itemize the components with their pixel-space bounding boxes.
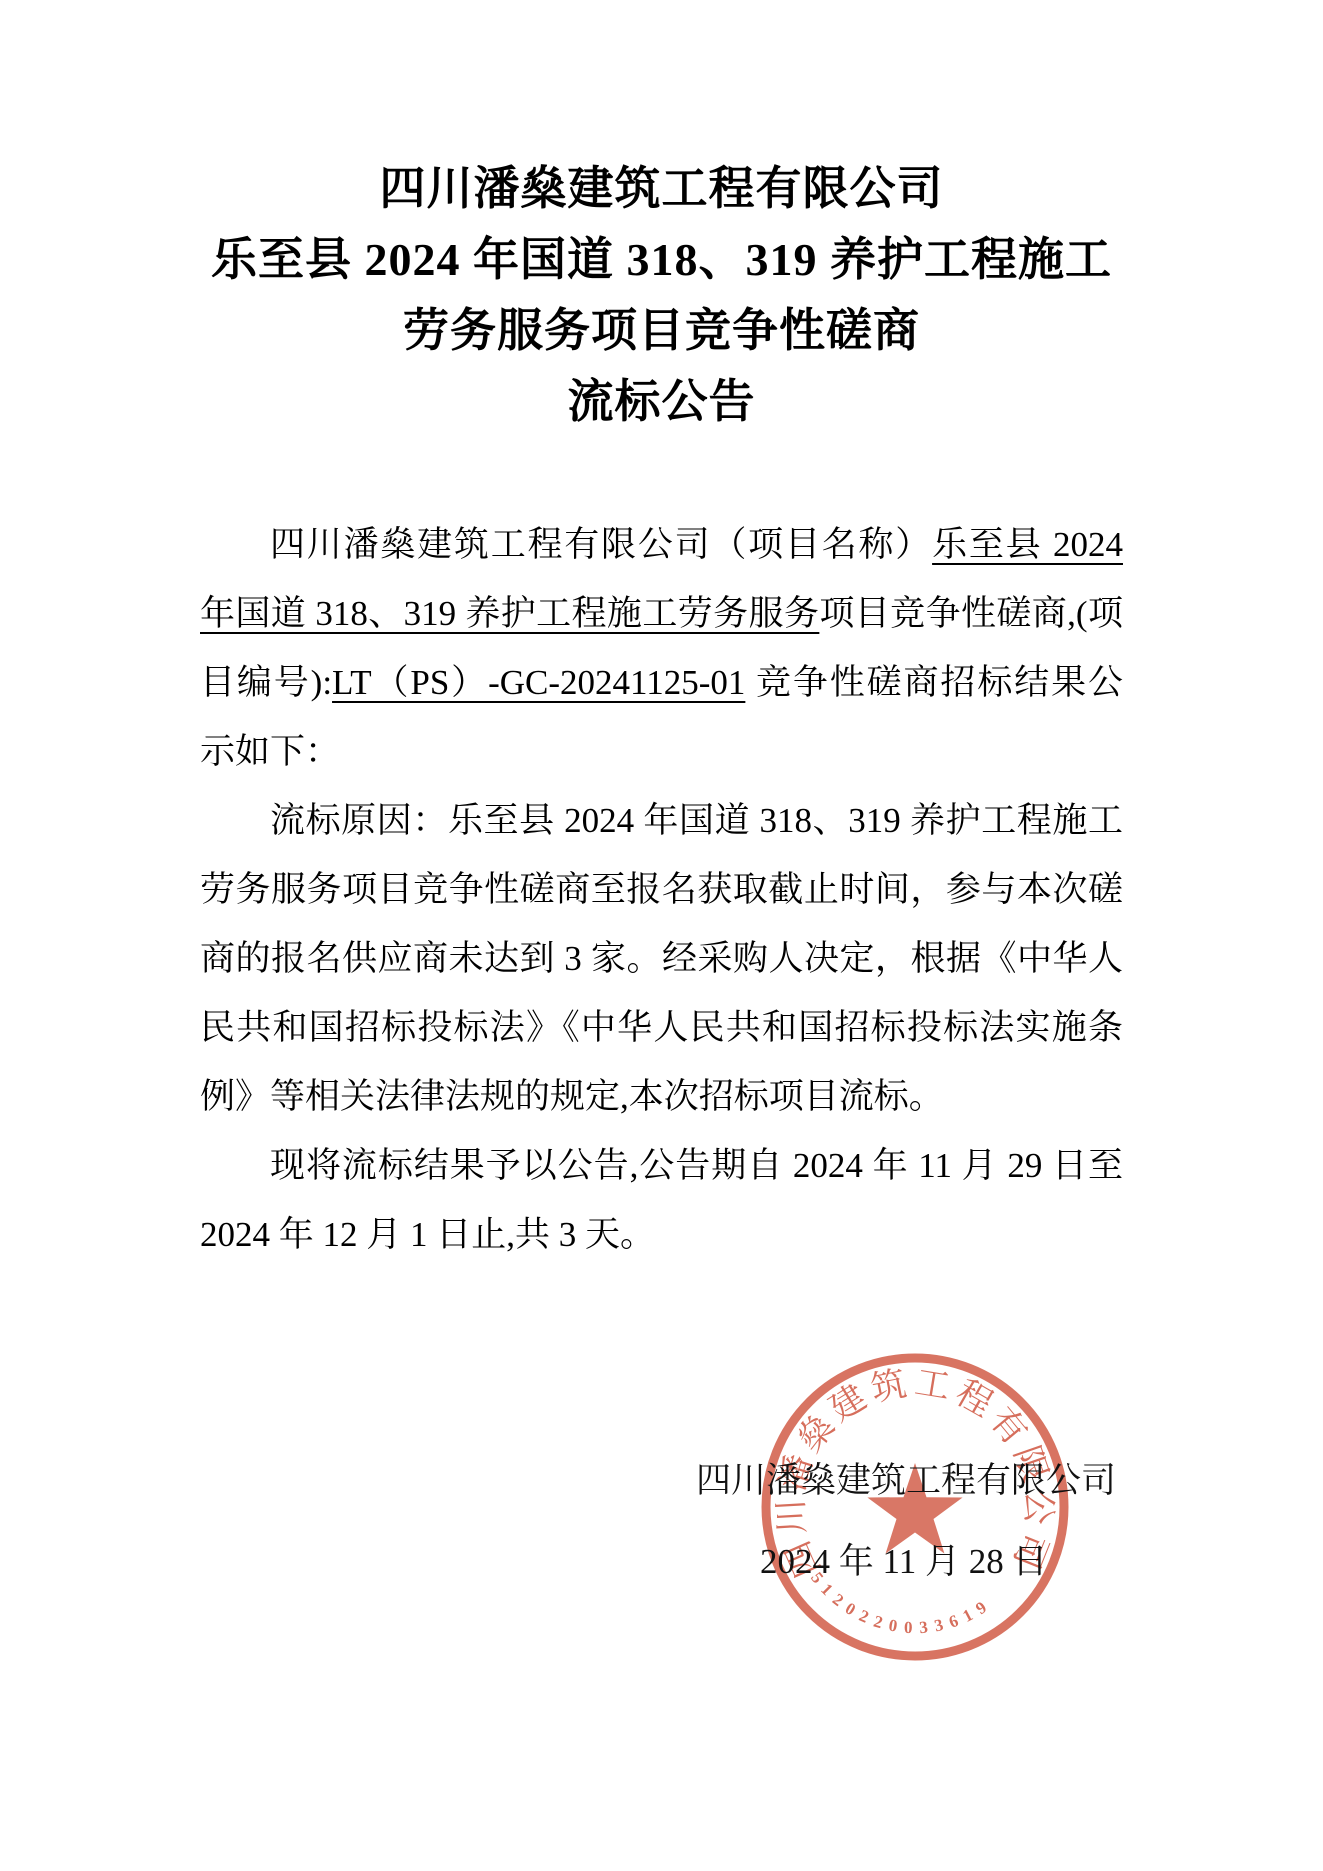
title-line-project-1: 乐至县 2024 年国道 318、319 养护工程施工 bbox=[0, 224, 1323, 295]
body-text: 民共和国招标投标法》《中华人民共和国招标投标法实施条 bbox=[200, 1008, 1123, 1047]
company-seal-stamp: 四川潘燊建筑工程有限公司 5120220033619 bbox=[750, 1342, 1080, 1672]
signature-date: 2024 年 11 月 28 日 bbox=[760, 1544, 1047, 1579]
body-text: 项目竞争性磋商,(项 bbox=[819, 594, 1123, 633]
body-text: 四川潘燊建筑工程有限公司（项目名称） bbox=[270, 525, 932, 564]
title-block: 四川潘燊建筑工程有限公司 乐至县 2024 年国道 318、319 养护工程施工… bbox=[0, 153, 1323, 437]
body-line: 劳务服务项目竞争性磋商至报名获取截止时间，参与本次磋 bbox=[200, 855, 1123, 924]
body-text: 示如下： bbox=[200, 732, 340, 771]
body-line: 现将流标结果予以公告,公告期自 2024 年 11 月 29 日至 bbox=[200, 1131, 1123, 1200]
body-text: 竞争性磋商招标结果公 bbox=[745, 663, 1123, 702]
title-line-company: 四川潘燊建筑工程有限公司 bbox=[0, 153, 1323, 224]
body-text: 例》等相关法律法规的规定,本次招标项目流标。 bbox=[200, 1077, 944, 1116]
body-line: 示如下： bbox=[200, 717, 1123, 786]
body-text: 商的报名供应商未达到 3 家。经采购人决定，根据《中华人 bbox=[200, 939, 1123, 978]
underlined-text: 年国道 318、319 养护工程施工劳务服务 bbox=[200, 594, 819, 633]
body-line: 2024 年 12 月 1 日止,共 3 天。 bbox=[200, 1200, 1123, 1269]
underlined-text: LT（PS）-GC-20241125-01 bbox=[332, 663, 745, 702]
title-line-announcement: 流标公告 bbox=[0, 366, 1323, 437]
signature-company: 四川潘燊建筑工程有限公司 bbox=[696, 1463, 1116, 1498]
body-line: 年国道 318、319 养护工程施工劳务服务项目竞争性磋商,(项 bbox=[200, 579, 1123, 648]
document-page: 四川潘燊建筑工程有限公司 乐至县 2024 年国道 318、319 养护工程施工… bbox=[0, 0, 1323, 1871]
body-text: 现将流标结果予以公告,公告期自 2024 年 11 月 29 日至 bbox=[270, 1146, 1123, 1185]
body-line: 目编号):LT（PS）-GC-20241125-01 竞争性磋商招标结果公 bbox=[200, 648, 1123, 717]
body-text: 劳务服务项目竞争性磋商至报名获取截止时间，参与本次磋 bbox=[200, 870, 1123, 909]
title-line-project-2: 劳务服务项目竞争性磋商 bbox=[0, 295, 1323, 366]
body-text: 流标原因：乐至县 2024 年国道 318、319 养护工程施工 bbox=[270, 801, 1123, 840]
body-line: 例》等相关法律法规的规定,本次招标项目流标。 bbox=[200, 1062, 1123, 1131]
body-line: 商的报名供应商未达到 3 家。经采购人决定，根据《中华人 bbox=[200, 924, 1123, 993]
body-line: 民共和国招标投标法》《中华人民共和国招标投标法实施条 bbox=[200, 993, 1123, 1062]
body-text: 2024 年 12 月 1 日止,共 3 天。 bbox=[200, 1215, 655, 1254]
body-text-block: 四川潘燊建筑工程有限公司（项目名称）乐至县 2024年国道 318、319 养护… bbox=[200, 510, 1123, 1269]
body-line: 流标原因：乐至县 2024 年国道 318、319 养护工程施工 bbox=[200, 786, 1123, 855]
body-text: 目编号): bbox=[200, 663, 332, 702]
underlined-text: 乐至县 2024 bbox=[932, 525, 1123, 564]
body-line: 四川潘燊建筑工程有限公司（项目名称）乐至县 2024 bbox=[200, 510, 1123, 579]
